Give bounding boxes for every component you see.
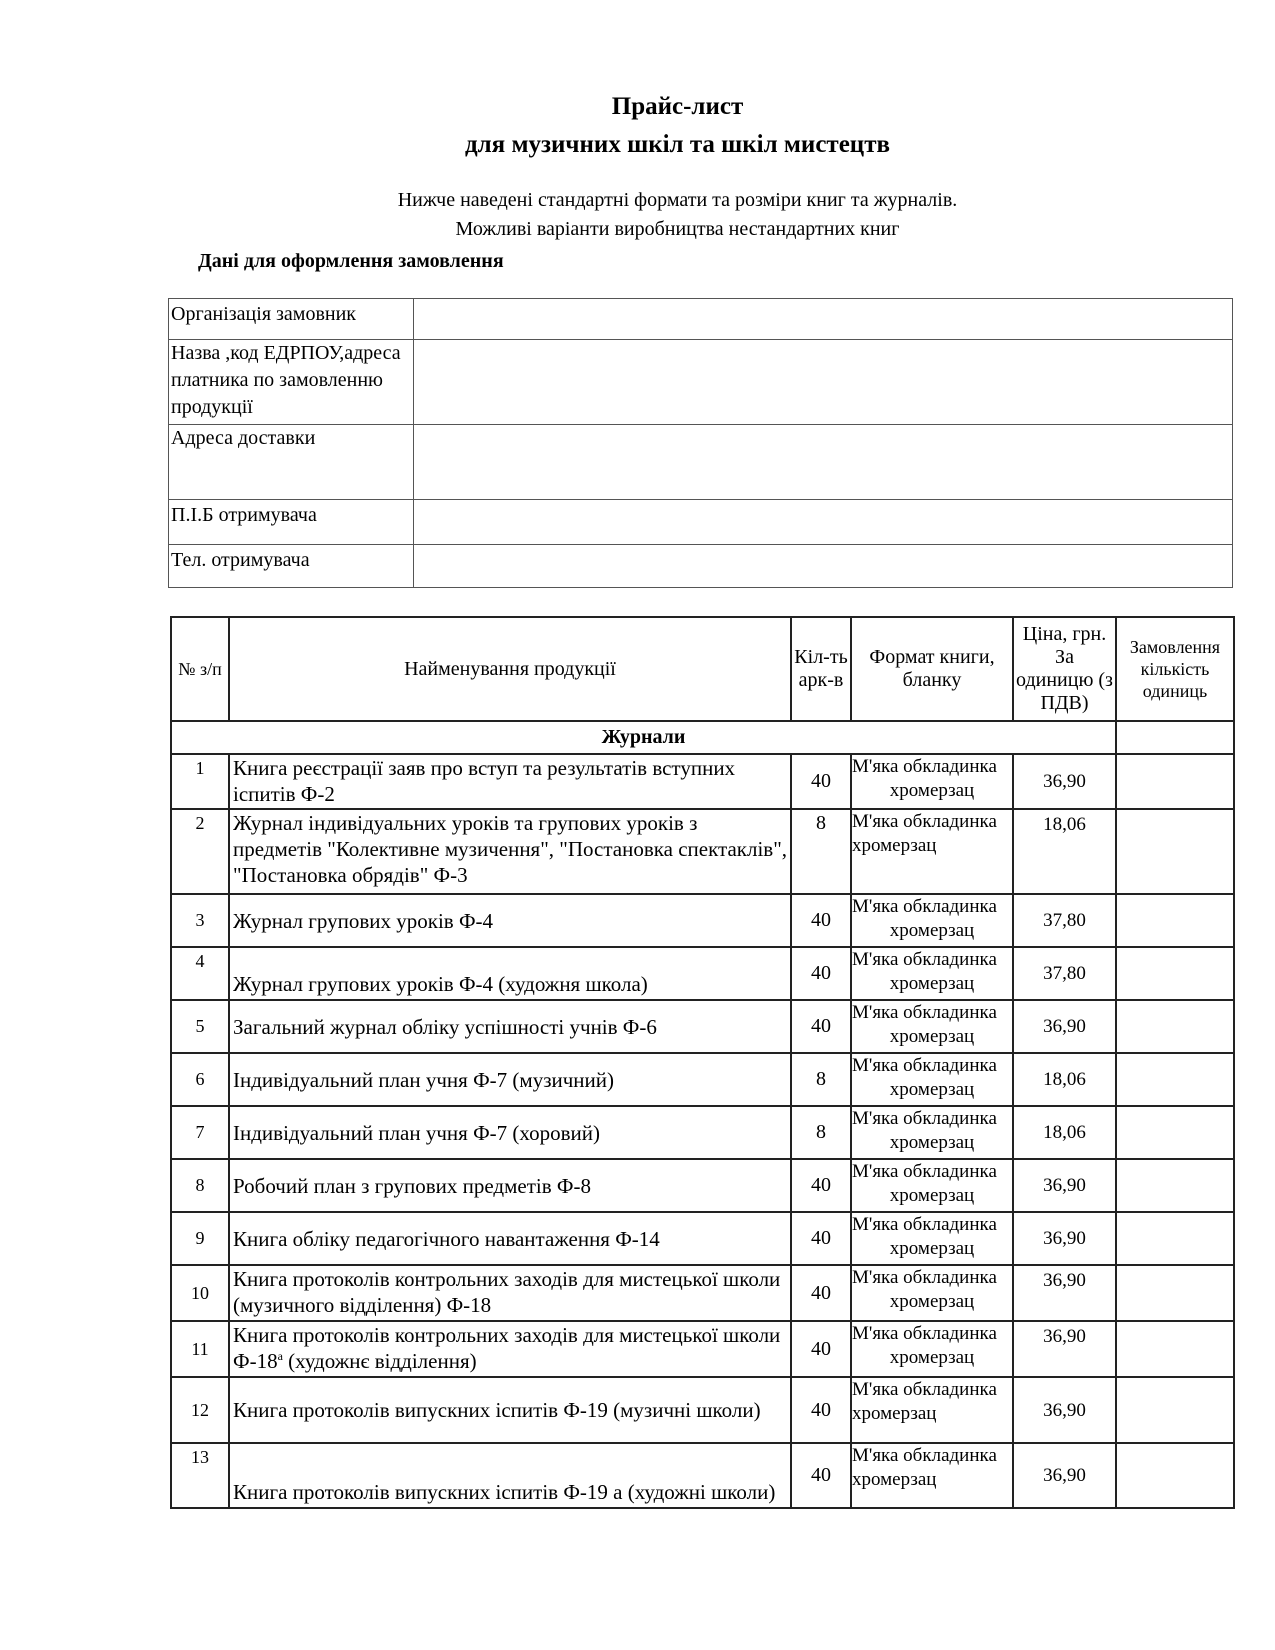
section-order-cell <box>1116 721 1234 754</box>
table-row: 11Книга протоколів контрольних заходів д… <box>171 1321 1234 1377</box>
product-name: Книга реєстрації заяв про вступ та резул… <box>229 754 791 809</box>
product-name-text: Книга обліку педагогічного навантаження … <box>233 1227 660 1251</box>
product-name: Журнал індивідуальних уроків та групових… <box>229 809 791 894</box>
book-format: М'яка обкладинкахромерзац <box>851 1321 1013 1377</box>
field-label-delivery-address: Адреса доставки <box>169 425 414 500</box>
format-material: хромерзац <box>852 779 1012 803</box>
column-header-number: № з/п <box>171 617 229 721</box>
order-section-heading: Дані для оформлення замовлення <box>198 248 504 274</box>
product-name-text: Книга протоколів випускних іспитів Ф-19 … <box>233 1398 761 1422</box>
unit-price: 36,90 <box>1013 1321 1116 1377</box>
format-cover-type: М'яка обкладинка <box>852 895 1012 919</box>
product-name: Книга протоколів контрольних заходів для… <box>229 1321 791 1377</box>
format-cover-type: М'яка обкладинка <box>852 1160 1012 1184</box>
order-quantity-input[interactable] <box>1116 1053 1234 1106</box>
sheet-count: 40 <box>791 947 851 1000</box>
row-number: 10 <box>171 1265 229 1321</box>
order-field-row: П.І.Б отримувача <box>169 500 1233 545</box>
book-format: М'яка обкладинкахромерзац <box>851 1377 1013 1443</box>
unit-price: 36,90 <box>1013 1443 1116 1508</box>
sheet-count: 40 <box>791 1443 851 1508</box>
order-quantity-input[interactable] <box>1116 1265 1234 1321</box>
order-quantity-input[interactable] <box>1116 1000 1234 1053</box>
intro-text-line-1: Нижче наведені стандартні формати та роз… <box>0 187 1275 213</box>
order-field-row: Організація замовник <box>169 299 1233 340</box>
order-quantity-input[interactable] <box>1116 1443 1234 1508</box>
format-cover-type: М'яка обкладинка <box>852 1378 1012 1402</box>
recipient-name-input[interactable] <box>414 500 1233 545</box>
format-cover-type: М'яка обкладинка <box>852 1444 1012 1468</box>
format-material: хромерзац <box>852 1131 1012 1155</box>
recipient-phone-input[interactable] <box>414 545 1233 588</box>
format-cover-type: М'яка обкладинка <box>852 1107 1012 1131</box>
sheet-count: 40 <box>791 1321 851 1377</box>
format-material: хромерзац <box>852 1346 1012 1370</box>
table-row: 8Робочий план з групових предметів Ф-840… <box>171 1159 1234 1212</box>
format-material: хромерзац <box>852 1290 1012 1314</box>
format-material: хромерзац <box>852 919 1012 943</box>
field-label-recipient-name: П.І.Б отримувача <box>169 500 414 545</box>
unit-price: 36,90 <box>1013 1377 1116 1443</box>
order-field-row: Тел. отримувача <box>169 545 1233 588</box>
page-subtitle: для музичних шкіл та шкіл мистецтв <box>0 130 1275 160</box>
product-name: Індивідуальний план учня Ф-7 (музичний) <box>229 1053 791 1106</box>
table-row: 6Індивідуальний план учня Ф-7 (музичний)… <box>171 1053 1234 1106</box>
table-header-row: № з/п Найменування продукції Кіл-ть арк-… <box>171 617 1234 721</box>
order-field-row: Адреса доставки <box>169 425 1233 500</box>
product-name-suffix: (художнє відділення) <box>283 1349 477 1373</box>
sheet-count: 8 <box>791 809 851 894</box>
field-label-payer-details: Назва ,код ЕДРПОУ,адреса платника по зам… <box>169 340 414 425</box>
table-row: 2Журнал індивідуальних уроків та групови… <box>171 809 1234 894</box>
format-material: хромерзац <box>852 1468 1012 1492</box>
sheet-count: 40 <box>791 1000 851 1053</box>
order-quantity-input[interactable] <box>1116 1321 1234 1377</box>
format-material: хромерзац <box>852 1078 1012 1102</box>
product-name-text: Загальний журнал обліку успішності учнів… <box>233 1015 657 1039</box>
product-name-text: Журнал групових уроків Ф-4 <box>233 909 493 933</box>
unit-price: 36,90 <box>1013 1159 1116 1212</box>
row-number: 5 <box>171 1000 229 1053</box>
section-row-journals: Журнали <box>171 721 1234 754</box>
row-number: 11 <box>171 1321 229 1377</box>
book-format: М'яка обкладинкахромерзац <box>851 754 1013 809</box>
book-format: М'яка обкладинкахромерзац <box>851 1159 1013 1212</box>
product-name-text: Книга протоколів випускних іспитів Ф-19 … <box>233 1480 775 1504</box>
column-header-format: Формат книги, бланку <box>851 617 1013 721</box>
product-name-text: Індивідуальний план учня Ф-7 (музичний) <box>233 1068 614 1092</box>
product-name-text: Книга протоколів контрольних заходів для… <box>233 1267 780 1317</box>
table-row: 10Книга протоколів контрольних заходів д… <box>171 1265 1234 1321</box>
format-cover-type: М'яка обкладинка <box>852 948 1012 972</box>
order-details-table: Організація замовник Назва ,код ЕДРПОУ,а… <box>168 298 1233 588</box>
product-name: Журнал групових уроків Ф-4 (художня школ… <box>229 947 791 1000</box>
table-row: 13Книга протоколів випускних іспитів Ф-1… <box>171 1443 1234 1508</box>
book-format: М'яка обкладинкахромерзац <box>851 1443 1013 1508</box>
order-quantity-input[interactable] <box>1116 1159 1234 1212</box>
book-format: М'яка обкладинкахромерзац <box>851 1212 1013 1265</box>
book-format: М'яка обкладинкахромерзац <box>851 809 1013 894</box>
format-cover-type: М'яка обкладинка <box>852 755 1012 779</box>
sheet-count: 8 <box>791 1053 851 1106</box>
product-name: Робочий план з групових предметів Ф-8 <box>229 1159 791 1212</box>
row-number: 1 <box>171 754 229 809</box>
sheet-count: 40 <box>791 894 851 947</box>
format-material: хромерзац <box>852 1402 1012 1426</box>
delivery-address-input[interactable] <box>414 425 1233 500</box>
sheet-count: 8 <box>791 1106 851 1159</box>
intro-text-line-2: Можливі варіанти виробництва нестандартн… <box>0 216 1275 242</box>
table-row: 4Журнал групових уроків Ф-4 (художня шко… <box>171 947 1234 1000</box>
unit-price: 18,06 <box>1013 809 1116 894</box>
product-name: Книга протоколів випускних іспитів Ф-19 … <box>229 1443 791 1508</box>
order-field-row: Назва ,код ЕДРПОУ,адреса платника по зам… <box>169 340 1233 425</box>
row-number: 2 <box>171 809 229 894</box>
field-label-recipient-phone: Тел. отримувача <box>169 545 414 588</box>
product-name: Журнал групових уроків Ф-4 <box>229 894 791 947</box>
unit-price: 36,90 <box>1013 1265 1116 1321</box>
row-number: 12 <box>171 1377 229 1443</box>
unit-price: 18,06 <box>1013 1106 1116 1159</box>
format-cover-type: М'яка обкладинка <box>852 1322 1012 1346</box>
product-name: Книга протоколів контрольних заходів для… <box>229 1265 791 1321</box>
product-name-text: Книга реєстрації заяв про вступ та резул… <box>233 756 735 806</box>
book-format: М'яка обкладинкахромерзац <box>851 947 1013 1000</box>
product-name-text: Журнал групових уроків Ф-4 (художня школ… <box>233 972 648 996</box>
product-name: Індивідуальний план учня Ф-7 (хоровий) <box>229 1106 791 1159</box>
row-number: 9 <box>171 1212 229 1265</box>
section-title: Журнали <box>171 721 1116 754</box>
product-name-text: Робочий план з групових предметів Ф-8 <box>233 1174 591 1198</box>
order-quantity-input[interactable] <box>1116 1106 1234 1159</box>
row-number: 3 <box>171 894 229 947</box>
format-material: хромерзац <box>852 1184 1012 1208</box>
format-cover-type: М'яка обкладинка <box>852 1054 1012 1078</box>
order-quantity-input[interactable] <box>1116 947 1234 1000</box>
column-header-order-qty: Замовлення кількість одиниць <box>1116 617 1234 721</box>
payer-details-input[interactable] <box>414 340 1233 425</box>
table-row: 1Книга реєстрації заяв про вступ та резу… <box>171 754 1234 809</box>
row-number: 13 <box>171 1443 229 1508</box>
order-quantity-input[interactable] <box>1116 1377 1234 1443</box>
sheet-count: 40 <box>791 1377 851 1443</box>
order-quantity-input[interactable] <box>1116 809 1234 894</box>
format-material: хромерзац <box>852 1025 1012 1049</box>
page-title: Прайс-лист <box>0 92 1275 122</box>
product-name: Книга обліку педагогічного навантаження … <box>229 1212 791 1265</box>
table-row: 3Журнал групових уроків Ф-440М'яка обкла… <box>171 894 1234 947</box>
format-material: хромерзац <box>852 1237 1012 1261</box>
book-format: М'яка обкладинкахромерзац <box>851 1106 1013 1159</box>
book-format: М'яка обкладинкахромерзац <box>851 1265 1013 1321</box>
order-quantity-input[interactable] <box>1116 894 1234 947</box>
format-cover-type: М'яка обкладинка <box>852 1213 1012 1237</box>
price-list-table: № з/п Найменування продукції Кіл-ть арк-… <box>170 616 1235 1509</box>
unit-price: 18,06 <box>1013 1053 1116 1106</box>
sheet-count: 40 <box>791 1212 851 1265</box>
unit-price: 36,90 <box>1013 1000 1116 1053</box>
book-format: М'яка обкладинкахромерзац <box>851 1053 1013 1106</box>
format-material: хромерзац <box>852 972 1012 996</box>
order-quantity-input[interactable] <box>1116 754 1234 809</box>
format-cover-type: М'яка обкладинка <box>852 1001 1012 1025</box>
sheet-count: 40 <box>791 754 851 809</box>
field-label-organization: Організація замовник <box>169 299 414 340</box>
row-number: 4 <box>171 947 229 1000</box>
sheet-count: 40 <box>791 1159 851 1212</box>
table-row: 5Загальний журнал обліку успішності учні… <box>171 1000 1234 1053</box>
sheet-count: 40 <box>791 1265 851 1321</box>
format-cover-type: М'яка обкладинка <box>852 810 1012 834</box>
row-number: 7 <box>171 1106 229 1159</box>
book-format: М'яка обкладинкахромерзац <box>851 1000 1013 1053</box>
row-number: 6 <box>171 1053 229 1106</box>
column-header-price: Ціна, грн. За одиницю (з ПДВ) <box>1013 617 1116 721</box>
unit-price: 37,80 <box>1013 894 1116 947</box>
table-row: 12Книга протоколів випускних іспитів Ф-1… <box>171 1377 1234 1443</box>
unit-price: 37,80 <box>1013 947 1116 1000</box>
order-quantity-input[interactable] <box>1116 1212 1234 1265</box>
table-row: 7Індивідуальний план учня Ф-7 (хоровий)8… <box>171 1106 1234 1159</box>
format-cover-type: М'яка обкладинка <box>852 1266 1012 1290</box>
organization-input[interactable] <box>414 299 1233 340</box>
column-header-name: Найменування продукції <box>229 617 791 721</box>
unit-price: 36,90 <box>1013 1212 1116 1265</box>
product-name-text: Журнал індивідуальних уроків та групових… <box>233 811 787 887</box>
table-row: 9Книга обліку педагогічного навантаження… <box>171 1212 1234 1265</box>
book-format: М'яка обкладинкахромерзац <box>851 894 1013 947</box>
unit-price: 36,90 <box>1013 754 1116 809</box>
product-name: Книга протоколів випускних іспитів Ф-19 … <box>229 1377 791 1443</box>
product-name: Загальний журнал обліку успішності учнів… <box>229 1000 791 1053</box>
product-name-text: Індивідуальний план учня Ф-7 (хоровий) <box>233 1121 600 1145</box>
format-material: хромерзац <box>852 834 1012 858</box>
row-number: 8 <box>171 1159 229 1212</box>
column-header-sheets: Кіл-ть арк-в <box>791 617 851 721</box>
